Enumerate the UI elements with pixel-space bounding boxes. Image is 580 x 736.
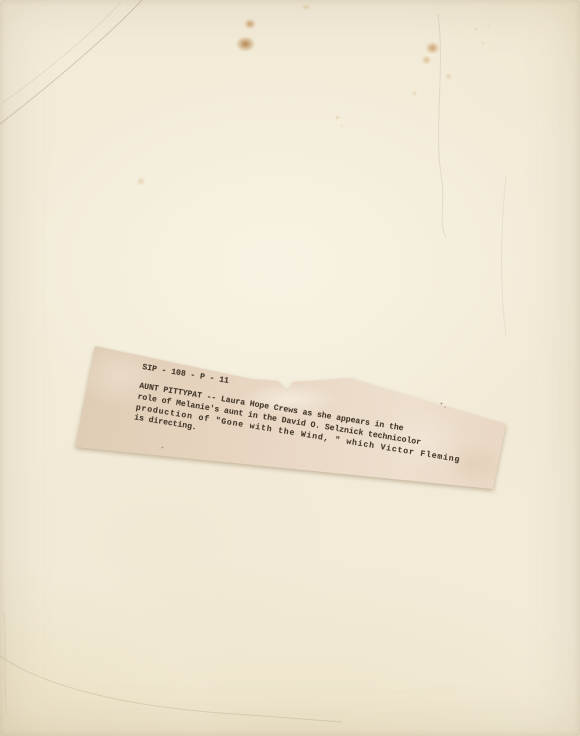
crease-line <box>501 176 506 336</box>
foxing-stain <box>340 124 344 128</box>
crease-line <box>2 2 121 103</box>
ink-speck <box>161 446 164 449</box>
ink-speck <box>440 402 443 405</box>
foxing-stain <box>300 3 312 11</box>
foxing-stain <box>444 72 453 81</box>
foxing-stain <box>481 41 485 45</box>
crease-line <box>0 656 342 722</box>
foxing-stain <box>135 176 147 187</box>
foxing-stain <box>411 90 418 97</box>
foxing-stain <box>487 24 490 27</box>
caption-slip: SIP - 108 - P - 11 AUNT PITTYPAT -- Laur… <box>74 344 510 494</box>
foxing-stain <box>335 115 340 120</box>
foxing-stain <box>242 17 258 31</box>
crease-line <box>0 0 142 124</box>
foxing-stain <box>233 34 258 54</box>
foxing-stain <box>420 54 433 66</box>
foxing-stain <box>474 27 479 31</box>
photo-verso-scan: SIP - 108 - P - 11 AUNT PITTYPAT -- Laur… <box>0 0 580 736</box>
ink-speck <box>444 406 446 408</box>
crease-line <box>4 612 7 714</box>
